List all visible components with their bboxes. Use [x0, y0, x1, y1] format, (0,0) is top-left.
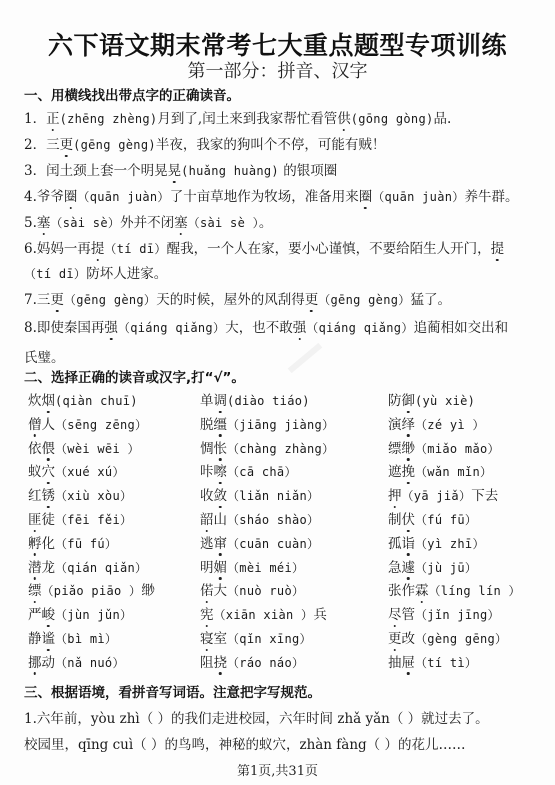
question-line: 3．闰土颈上套一个明晃晃(huǎng huàng) 的银项圈: [24, 159, 337, 179]
pinyin-option: （gēng gèng）: [64, 293, 156, 307]
choice-item: 遮挽（wǎn mǐn）: [388, 460, 492, 480]
text-segment: 养牛群。: [465, 189, 519, 205]
section-3-heading: 三、根据语境，看拼音写词语。注意把字写规范。: [24, 681, 321, 701]
pinyin-option: （qián qiǎn）: [55, 561, 147, 575]
dotted-char: 缈: [402, 437, 416, 457]
dotted-char: 韶: [200, 508, 214, 528]
choice-item: 收敛（liǎn niǎn）: [200, 484, 319, 504]
choice-item: 张作霖（líng lín ）: [388, 579, 521, 599]
dotted-char: 穴: [42, 460, 56, 480]
pinyin-option: （yā jiǎ）: [402, 489, 472, 503]
section-3-line-1: 1.六年前，yòu zhì（ ）的我们走进校园，六年时间 zhǎ yǎn（ ）就…: [24, 707, 489, 727]
choice-item: 依偎（wèi wēi ）: [28, 437, 140, 457]
text-segment: 即使秦国再: [37, 320, 105, 336]
word-char: 收: [200, 488, 214, 504]
pinyin-option: （chàng zhàng）: [227, 442, 334, 456]
dotted-char: 更: [305, 288, 319, 308]
choice-item: 缥缈（miǎo mǎo）: [388, 437, 500, 457]
dotted-char: 媚: [214, 556, 228, 576]
choice-item: 孤诣（yì zhī）: [388, 532, 485, 552]
choice-item: 挪动（nǎ nuó）: [28, 651, 125, 671]
word-suffix: 兵: [313, 607, 327, 623]
dotted-char: 挽: [402, 460, 416, 480]
word-char: 单: [200, 393, 214, 409]
choice-item: 咔嚓（cā chā）: [200, 460, 297, 480]
pinyin-option: （ráo náo）: [227, 656, 304, 670]
text-segment: 。: [259, 215, 273, 231]
watermark-mark: [288, 343, 322, 373]
dotted-char: 偎: [42, 437, 56, 457]
dotted-char: 谧: [42, 627, 56, 647]
word-char: 抽: [388, 655, 402, 671]
choice-item: 缥（piǎo piāo ）缈: [28, 579, 155, 599]
question-number: 1．: [24, 111, 46, 127]
dotted-char: 晃: [168, 159, 182, 179]
pinyin-option: （jùn jǔn）: [55, 608, 132, 622]
pinyin-option: （gēng gèng）: [318, 293, 410, 307]
pinyin-option: （nuò ruò）: [227, 584, 304, 598]
dotted-char: 更: [388, 627, 402, 647]
dotted-char: 寝: [200, 627, 214, 647]
pinyin-option: （gèng gēng）: [415, 632, 507, 646]
question-number: 6.: [24, 241, 37, 257]
pinyin-option: （quān juàn）: [77, 190, 169, 204]
question-line: 7.三更（gēng gèng）天的时候，屋外的风刮得更（gēng gèng）猛了…: [24, 288, 451, 308]
word-suffix: 缈: [141, 583, 155, 599]
pinyin-option: (zhēng zhèng): [60, 112, 158, 126]
question-number: 3．: [24, 163, 46, 179]
dotted-char: 挠: [214, 651, 228, 671]
word-char: 防: [388, 393, 402, 409]
dotted-char: 霖: [415, 579, 429, 599]
choice-item: 炊烟(qiàn chuī): [28, 389, 138, 409]
word-char: 作: [402, 583, 416, 599]
word-char: 孤: [388, 536, 402, 552]
text-segment: 月到了,闰土来到我家帮忙看管: [157, 111, 337, 127]
pinyin-option: （fū fú）: [55, 537, 117, 551]
choice-item: 演绎（zé yì ）: [388, 413, 485, 433]
question-line: 4.爷爷圈（quān juàn）了十亩草地作为牧场，准备用来圈（quān juà…: [24, 185, 519, 205]
choice-item: 明媚（mèi méi）: [200, 556, 304, 576]
question-line: 6.妈妈一再提（tí dī）醒我，一个人在家，要小心谨慎，不要给陌生人开门，提: [24, 237, 504, 257]
pinyin-option: （cā chā）: [227, 465, 297, 479]
choice-item: 严峻（jùn jǔn）: [28, 603, 132, 623]
choice-item: 静谧（bì mì）: [28, 627, 117, 647]
dotted-char: 敛: [214, 484, 228, 504]
dotted-char: 圈: [64, 185, 78, 205]
pinyin-option: (qiàn chuī): [55, 394, 138, 408]
dotted-char: 强: [104, 316, 118, 336]
choice-item: 更改（gèng gēng）: [388, 627, 507, 647]
question-number: 5.: [24, 215, 37, 231]
dotted-char: 宪: [200, 603, 214, 623]
dotted-char: 缰: [214, 413, 228, 433]
choice-item: 阻挠（ráo náo）: [200, 651, 304, 671]
word-char: 龙: [42, 560, 56, 576]
pinyin-option: （sháo shào）: [227, 513, 319, 527]
pinyin-option: （wǎn mǐn）: [415, 465, 492, 479]
text-segment: 氏璧。: [24, 350, 65, 366]
pinyin-option: （xiān xiàn ）: [214, 608, 314, 622]
document-page: 六下语文期末常考七大重点题型专项训练 第一部分：拼音、汉字 一、用横线找出带点字…: [0, 0, 555, 785]
pinyin-option: （yì zhī）: [415, 537, 485, 551]
question-line: 5.塞（sài sè）外并不闭塞（sài sè ）。: [24, 211, 272, 231]
choice-item: 寝室（qǐn xīng）: [200, 627, 312, 647]
pinyin-option: （fú fū）: [415, 513, 477, 527]
word-char: 静: [28, 631, 42, 647]
dotted-char: 烟: [42, 389, 56, 409]
pinyin-option: （piǎo piāo ）: [42, 584, 142, 598]
dotted-char: 窜: [214, 532, 228, 552]
section-1-heading: 一、用横线找出带点字的正确读音。: [24, 84, 240, 104]
text-segment: 闰土颈上套一个明晃: [46, 163, 168, 179]
word-char: 大: [214, 583, 228, 599]
dotted-char: 峻: [42, 603, 56, 623]
dotted-char: 屉: [402, 651, 416, 671]
pinyin-option: (yù xiè): [415, 394, 475, 408]
choice-item: 抽屉（tí tì）: [388, 651, 477, 671]
word-char: 急: [388, 560, 402, 576]
pinyin-option: （tí dī）: [104, 242, 166, 256]
dotted-char: 锈: [42, 484, 56, 504]
word-char: 依: [28, 441, 42, 457]
word-char: 管: [402, 607, 416, 623]
question-number: 7.: [24, 292, 37, 308]
dotted-char: 偌: [200, 579, 214, 599]
question-line: 氏璧。: [24, 346, 65, 366]
dotted-char: 押: [388, 484, 402, 504]
word-char: 遮: [388, 464, 402, 480]
dotted-char: 提: [491, 237, 505, 257]
dotted-char: 塞: [174, 211, 188, 231]
page-footer: 第1页,共31页: [0, 760, 555, 779]
text-segment: 爷爷: [37, 189, 64, 205]
pinyin-option: （sài sè ）: [188, 216, 259, 230]
dotted-char: 潜: [28, 556, 42, 576]
word-char: 人: [42, 417, 56, 433]
word-char: 红: [28, 488, 42, 504]
section-3-line-2: 校园里，qīng cuì（ ）的鸟鸣，神秘的蚁穴，zhàn fàng（ ）的花儿…: [24, 733, 465, 753]
word-char: 严: [28, 607, 42, 623]
pinyin-option: （wèi wēi ）: [55, 442, 140, 456]
pinyin-option: （jǐn jīng）: [415, 608, 500, 622]
pinyin-option: （tí dī）: [24, 267, 86, 281]
text-segment: 了十亩草地作为牧场，准备用来: [170, 189, 359, 205]
dotted-char: 正: [46, 107, 60, 127]
choice-item: 逃窜（cuān cuàn）: [200, 532, 319, 552]
pinyin-option: （qǐn xīng）: [227, 632, 312, 646]
pinyin-option: （nǎ nuó）: [55, 656, 125, 670]
pinyin-option: （sēng zēng）: [55, 418, 147, 432]
dotted-char: 圈: [359, 185, 373, 205]
text-segment: 防坏人进家。: [86, 266, 167, 282]
word-char: 改: [402, 631, 416, 647]
dotted-char: 强: [293, 316, 307, 336]
text-segment: 妈妈一再: [37, 241, 91, 257]
choice-item: 红锈（xiù xòu）: [28, 484, 132, 504]
pinyin-option: （fēi fěi）: [55, 513, 132, 527]
dotted-char: 怅: [214, 437, 228, 457]
choice-item: 急遽（jù jū）: [388, 556, 477, 576]
question-line: 1．正(zhēng zhèng)月到了,闰土来到我家帮忙看管供(gōng gòn…: [24, 107, 451, 127]
choice-item: 惆怅（chàng zhàng）: [200, 437, 334, 457]
choice-item: 制伏（fú fū）: [388, 508, 477, 528]
dotted-char: 匪: [28, 508, 42, 528]
choice-item: 脱缰（jiāng jiàng）: [200, 413, 334, 433]
word-char: 逃: [200, 536, 214, 552]
question-line: 2．三更(gēng gèng)半夜，我家的狗叫个不停，可能有贼！: [24, 133, 385, 153]
pinyin-option: (huǎng huàng): [181, 164, 279, 178]
pinyin-option: (diào tiáo): [227, 394, 310, 408]
word-char: 缥: [388, 441, 402, 457]
word-char: 阻: [200, 655, 214, 671]
word-char: 明: [200, 560, 214, 576]
dotted-char: 缥: [28, 579, 42, 599]
dotted-char: 孵: [28, 532, 42, 552]
dotted-char: 绎: [402, 413, 416, 433]
text-segment: 猛了。: [411, 292, 452, 308]
choice-item: 尽管（jǐn jīng）: [388, 603, 500, 623]
pinyin-option: (gēng gèng): [73, 138, 156, 152]
text-segment: 大，也不敢: [225, 320, 293, 336]
pinyin-option: （quān juàn）: [372, 190, 464, 204]
word-char: 徒: [42, 512, 56, 528]
text-segment: 品.: [434, 111, 452, 127]
choice-item: 僧人（sēng zēng）: [28, 413, 147, 433]
dotted-char: 塞: [37, 211, 51, 231]
dotted-char: 尽: [388, 603, 402, 623]
word-char: 惆: [200, 441, 214, 457]
dotted-char: 供: [337, 107, 351, 127]
pinyin-option: （miǎo mǎo）: [415, 442, 500, 456]
pinyin-option: （tí tì）: [415, 656, 477, 670]
choice-item: 潜龙（qián qiǎn）: [28, 556, 147, 576]
text-segment: 三: [46, 137, 60, 153]
pinyin-option: (gōng gòng): [351, 112, 434, 126]
word-char: 演: [388, 417, 402, 433]
pinyin-option: （cuān cuàn）: [227, 537, 319, 551]
choice-item: 偌大（nuò ruò）: [200, 579, 304, 599]
pinyin-option: （líng lín ）: [429, 584, 521, 598]
pinyin-option: （jiāng jiàng）: [227, 418, 334, 432]
pinyin-option: （zé yì ）: [415, 418, 485, 432]
question-number: 2．: [24, 137, 46, 153]
word-char: 张: [388, 583, 402, 599]
pinyin-option: （sài sè）: [50, 216, 120, 230]
choice-item: 押（yā jiǎ）下去: [388, 484, 498, 504]
page-subtitle: 第一部分：拼音、汉字: [0, 57, 555, 83]
question-number: 8.: [24, 320, 37, 336]
pinyin-option: （bì mì）: [55, 632, 117, 646]
word-char: 咔: [200, 464, 214, 480]
pinyin-option: （xiù xòu）: [55, 489, 132, 503]
dotted-char: 更: [60, 133, 74, 153]
text-segment: 三: [37, 292, 51, 308]
choice-item: 防御(yù xiè): [388, 389, 475, 409]
text-segment: 的银项圈: [279, 163, 337, 179]
section-2-heading: 二、选择正确的读音或汉字,打“√”。: [24, 366, 245, 386]
word-char: 制: [388, 512, 402, 528]
choice-item: 孵化（fū fú）: [28, 532, 117, 552]
dotted-char: 遽: [402, 556, 416, 576]
dotted-char: 更: [50, 288, 64, 308]
word-char: 室: [214, 631, 228, 647]
pinyin-option: （qiáng qiǎng）: [118, 321, 225, 335]
dotted-char: 提: [91, 237, 105, 257]
dotted-char: 御: [402, 389, 416, 409]
text-segment: 天的时候，屋外的风刮得: [156, 292, 305, 308]
pinyin-option: （liǎn niǎn）: [227, 489, 319, 503]
question-line: 8.即使秦国再强（qiáng qiǎng）大，也不敢强（qiáng qiǎng）…: [24, 316, 508, 336]
pinyin-option: （mèi méi）: [227, 561, 304, 575]
text-segment: 半夜，我家的狗叫个不停，可能有贼！: [156, 137, 386, 153]
pinyin-option: （jù jū）: [415, 561, 477, 575]
question-line: （tí dī）防坏人进家。: [24, 262, 167, 282]
dotted-char: 诣: [402, 532, 416, 552]
dotted-char: 挪: [28, 651, 42, 671]
pinyin-option: （qiáng qiǎng）: [306, 321, 413, 335]
choice-item: 匪徒（fēi fěi）: [28, 508, 132, 528]
word-char: 动: [42, 655, 56, 671]
dotted-char: 伏: [402, 508, 416, 528]
word-char: 山: [214, 512, 228, 528]
text-segment: 追蔺相如交出和: [414, 320, 509, 336]
choice-item: 宪（xiān xiàn ）兵: [200, 603, 327, 623]
dotted-char: 调: [214, 389, 228, 409]
pinyin-option: （xué xú）: [55, 465, 125, 479]
word-char: 脱: [200, 417, 214, 433]
text-segment: 醒我，一个人在家，要小心谨慎，不要给陌生人开门，: [167, 241, 491, 257]
dotted-char: 僧: [28, 413, 42, 433]
word-char: 蚁: [28, 464, 42, 480]
choice-item: 单调(diào tiáo): [200, 389, 310, 409]
word-char: 炊: [28, 393, 42, 409]
word-char: 化: [42, 536, 56, 552]
text-segment: 外并不闭: [120, 215, 174, 231]
question-number: 4.: [24, 189, 37, 205]
choice-item: 韶山（sháo shào）: [200, 508, 319, 528]
dotted-char: 嚓: [214, 460, 228, 480]
choice-item: 蚁穴（xué xú）: [28, 460, 125, 480]
word-suffix: 下去: [471, 488, 498, 504]
